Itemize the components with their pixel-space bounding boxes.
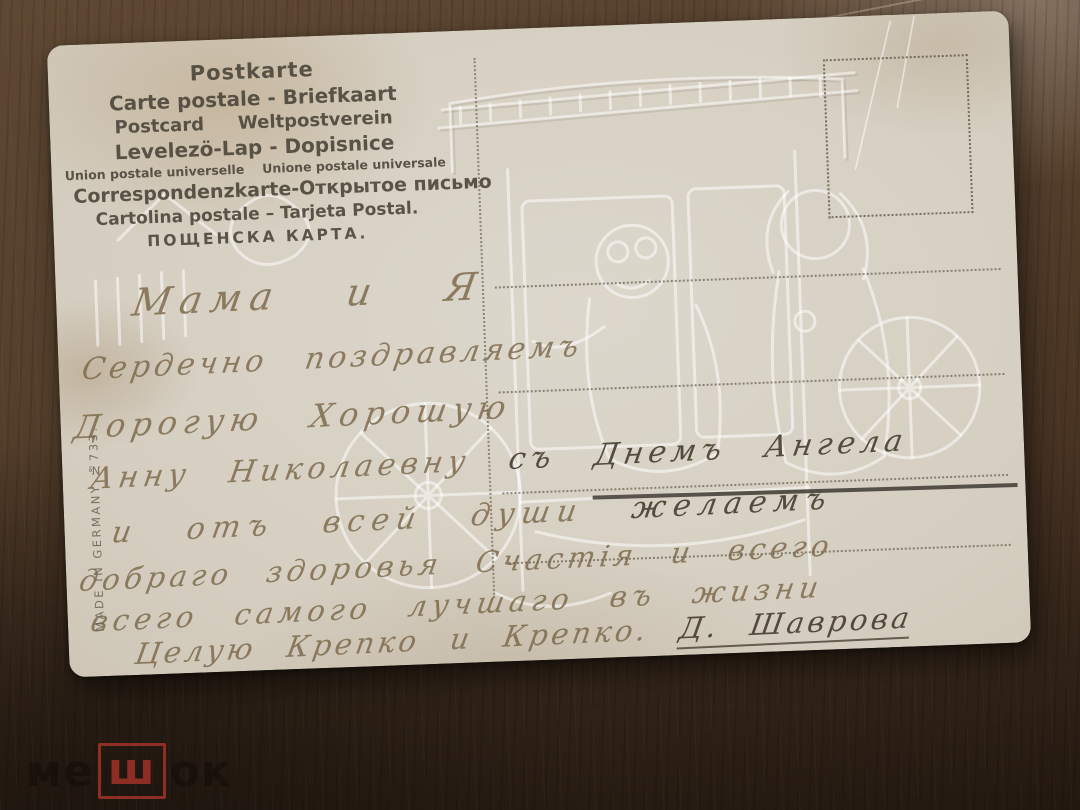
watermark-text: ок	[170, 746, 232, 797]
address-dotted-line	[498, 372, 1004, 393]
postcard: Postkarte Carte postale - Briefkaart Pos…	[47, 11, 1032, 678]
address-dotted-line	[495, 268, 1001, 289]
handwriting-text: Анну Николаевну	[88, 442, 512, 497]
handwriting-line-3: Дорогую Хорошую	[72, 391, 515, 444]
watermark-sh-box: ш	[98, 743, 166, 799]
watermark-meshok-logo: ме ш ок	[26, 740, 232, 802]
made-in-germany-imprint: MADE IN GERMANY №733.	[86, 425, 108, 632]
handwriting-text-emphasis: съ Днемъ Ангела	[506, 423, 910, 477]
watermark-text: ме	[26, 746, 94, 797]
handwriting-line-1: Мама и Я	[130, 267, 488, 322]
header-postcard: Postcard	[114, 115, 204, 139]
postcard-header: Postkarte Carte postale - Briefkaart Pos…	[69, 53, 441, 253]
handwriting-text-emphasis: желаемъ	[629, 482, 835, 527]
header-weltpostverein: Weltpostverein	[238, 108, 393, 135]
handwriting-line-2: Сердечно поздравляемъ	[80, 332, 585, 386]
stamp-box	[823, 54, 973, 219]
